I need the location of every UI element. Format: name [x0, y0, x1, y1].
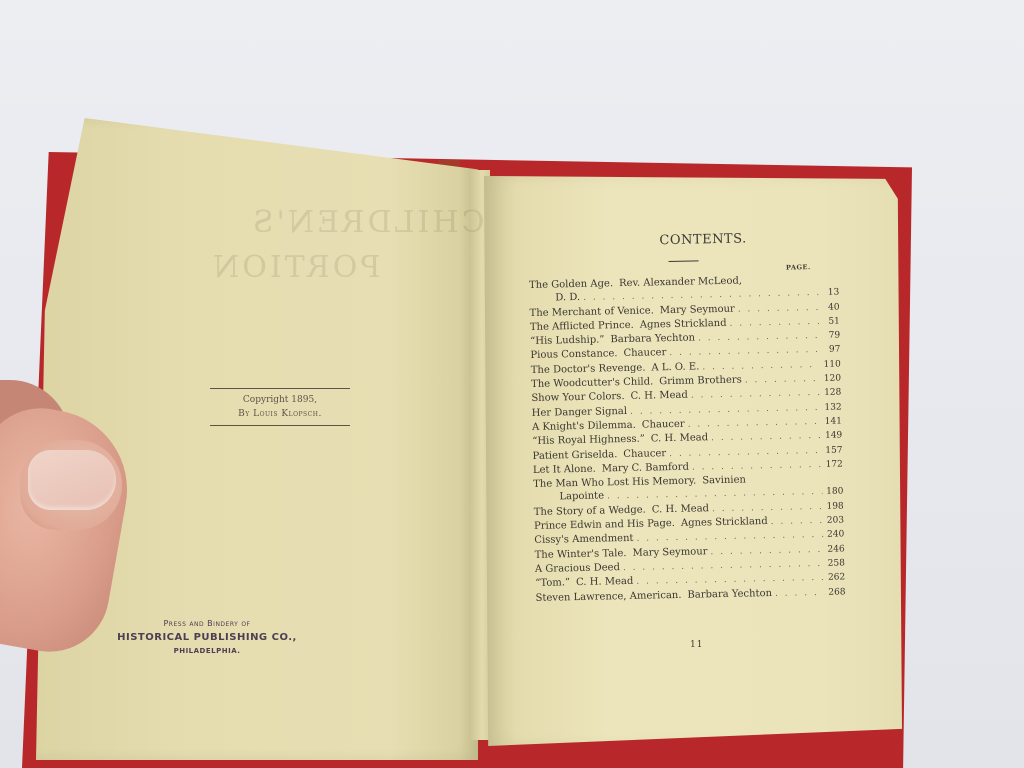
entry-title: Steven Lawrence, American.	[535, 588, 681, 604]
entry-page-number: 79	[822, 330, 840, 344]
entry-title: Cissy's Amendment	[534, 532, 633, 547]
entry-page-number: 180	[825, 486, 843, 500]
entry-title: The Woodcutter's Child.	[531, 375, 653, 391]
entry-author: C. H. Mead	[652, 502, 710, 516]
dot-leader: . . . . . . . . . . . . . . . . . . . . …	[738, 302, 819, 317]
entry-title: “His Royal Highness.”	[532, 433, 645, 449]
entry-page-number: 203	[826, 514, 844, 528]
entry-title: The Afflicted Prince.	[530, 319, 634, 334]
contents-list: The Golden Age.Rev. Alexander McLeod,D. …	[529, 272, 846, 605]
entry-author: Mary C. Bamford	[602, 461, 689, 476]
entry-title: The Golden Age.	[529, 277, 613, 292]
entry-page-number: 97	[822, 344, 840, 358]
entry-author: C. H. Mead	[651, 432, 709, 446]
entry-title: Pious Constance.	[530, 348, 617, 363]
entry-author: Rev. Alexander McLeod,	[619, 275, 742, 291]
entry-author: Chaucer	[623, 447, 666, 461]
imprint-publisher: HISTORICAL PUBLISHING CO.,	[112, 630, 302, 645]
entry-title: The Merchant of Venice.	[529, 304, 654, 320]
entry-title: “Tom.”	[535, 576, 570, 590]
entry-page-number: 258	[827, 557, 845, 571]
entry-title: The Story of a Wedge.	[534, 503, 646, 519]
entry-title: The Winter's Tale.	[535, 547, 627, 562]
entry-page-number: 120	[823, 373, 841, 387]
entry-title: Lapointe	[559, 490, 604, 504]
entry-title: A Knight's Dilemma.	[532, 419, 636, 434]
entry-page-number: 13	[821, 287, 839, 301]
dot-leader: . . . . . . . . . . . . . . . . . . . . …	[729, 316, 819, 331]
entry-page-number: 149	[824, 430, 842, 444]
dot-leader: . . . . . . . . . . . . . . . . . . . . …	[771, 515, 824, 529]
entry-author: Grimm Brothers	[659, 374, 742, 389]
entry-page-number: 128	[823, 387, 841, 401]
entry-page-number: 157	[824, 444, 842, 458]
entry-author: Mary Seymour	[660, 302, 735, 317]
entry-title: Patient Griselda.	[532, 448, 617, 463]
dot-leader: . . . . . . . . . . . . . . . . . . . . …	[698, 330, 819, 346]
entry-page-number: 141	[824, 415, 842, 429]
entry-page-number: 51	[822, 315, 840, 329]
entry-page-number: 198	[826, 500, 844, 514]
book-photo: CHILDREN'S PORTION Copyright 1895, By Lo…	[0, 0, 1024, 768]
entry-title: Let It Alone.	[533, 462, 596, 477]
copyright-block: Copyright 1895, By Louis Klopsch.	[210, 388, 350, 426]
heading-rule	[669, 260, 699, 262]
entry-author: Chaucer	[623, 347, 666, 361]
entry-author: Chaucer	[642, 418, 685, 432]
entry-author: Barbara Yechton	[610, 332, 695, 347]
imprint-city: PHILADELPHIA.	[112, 645, 302, 657]
dot-leader: . . . . . . . . . . . . . . . . . . . . …	[692, 459, 822, 475]
entry-title: Show Your Colors.	[531, 390, 624, 405]
entry-page-number: 40	[821, 301, 839, 315]
entry-author: C. H. Mead	[630, 389, 688, 403]
publisher-imprint: Press and Bindery of HISTORICAL PUBLISHI…	[112, 618, 302, 657]
entry-page-number: 132	[824, 401, 842, 415]
entry-title: D. D.	[555, 291, 580, 305]
entry-author: Savinien	[702, 474, 746, 488]
entry-title: Her Danger Signal	[532, 405, 628, 420]
copyright-rule-top	[210, 388, 350, 389]
entry-page-number: 268	[827, 586, 845, 600]
dot-leader: . . . . . . . . . . . . . . . . . . . . …	[702, 359, 820, 375]
entry-title: The Doctor's Revenge.	[531, 361, 646, 377]
entry-author: Agnes Strickland	[681, 515, 768, 530]
copyright-rule-bottom	[210, 425, 350, 426]
entry-author: Barbara Yechton	[687, 587, 772, 602]
entry-page-number: 240	[826, 529, 844, 543]
dot-leader: . . . . . . . . . . . . . . . . . . . . …	[688, 416, 822, 432]
entry-author: A L. O. E.	[651, 360, 699, 374]
entry-page-number: 262	[827, 572, 845, 586]
page-number: 11	[690, 640, 703, 650]
copyright-year: Copyright 1895,	[210, 393, 350, 407]
copyright-holder: By Louis Klopsch.	[210, 407, 350, 421]
dot-leader: . . . . . . . . . . . . . . . . . . . . …	[712, 501, 823, 517]
entry-page-number: 172	[825, 458, 843, 472]
entry-author: Mary Seymour	[632, 545, 707, 560]
dot-leader: . . . . . . . . . . . . . . . . . . . . …	[711, 430, 821, 446]
dot-leader: . . . . . . . . . . . . . . . . . . . . …	[775, 586, 825, 600]
entry-title: A Gracious Deed	[535, 561, 620, 576]
entry-page-number: 110	[823, 358, 841, 372]
thumbnail	[28, 450, 116, 510]
dot-leader: . . . . . . . . . . . . . . . . . . . . …	[691, 387, 821, 403]
imprint-line-1: Press and Bindery of	[112, 618, 302, 630]
entry-author: C. H. Mead	[576, 575, 634, 589]
entry-title: “His Ludship.”	[530, 334, 605, 349]
contents-page: CONTENTS. PAGE. The Golden Age.Rev. Alex…	[528, 230, 846, 606]
dot-leader: . . . . . . . . . . . . . . . . . . . . …	[745, 373, 821, 388]
entry-page-number: 246	[827, 543, 845, 557]
dot-leader: . . . . . . . . . . . . . . . . . . . . …	[710, 544, 823, 560]
entry-author: Agnes Strickland	[640, 317, 727, 332]
